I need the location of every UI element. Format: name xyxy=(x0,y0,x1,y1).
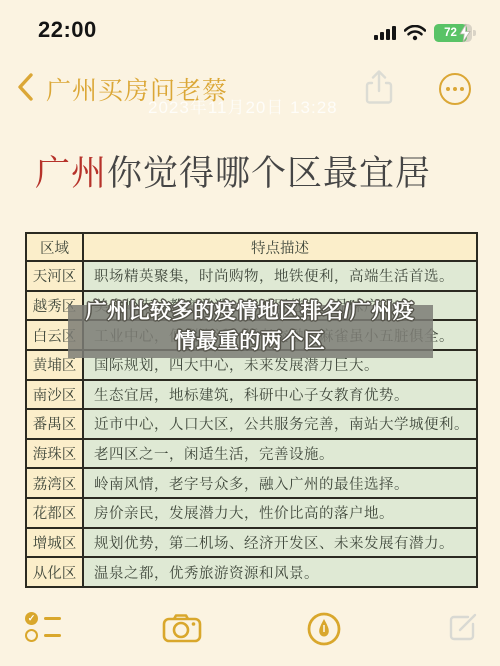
back-icon[interactable] xyxy=(14,72,38,102)
signal-strength-icon xyxy=(374,26,396,40)
caption-overlay-text: 广州比较多的疫情地区排名/广州疫 情最重的两个区 xyxy=(50,297,450,357)
district-cell: 从化区 xyxy=(26,557,83,587)
description-cell: 岭南风情，老字号众多，融入广州的最佳选择。 xyxy=(83,468,477,498)
compose-icon[interactable] xyxy=(447,612,478,643)
table-row: 番禺区近市中心，人口大区，公共服务完善，南站大学城便利。 xyxy=(26,409,477,439)
district-cell: 南沙区 xyxy=(26,380,83,410)
share-icon[interactable] xyxy=(363,69,395,107)
bottom-toolbar: ✓ xyxy=(0,606,500,666)
description-cell: 温泉之都，优秀旅游资源和风景。 xyxy=(83,557,477,587)
district-cell: 花都区 xyxy=(26,498,83,528)
district-cell: 海珠区 xyxy=(26,439,83,469)
battery-icon: 72 xyxy=(434,24,474,42)
district-feature-table: 区域 特点描述 天河区职场精英聚集，时尚购物，地铁便利，高端生活首选。 越秀区美… xyxy=(25,232,478,588)
table-row: 南沙区生态宜居，地标建筑，科研中心子女教育优势。 xyxy=(26,380,477,410)
status-icons: 72 xyxy=(374,24,474,42)
nav-bar: 广州买房问老蔡 2023年11月20日 13:28 xyxy=(0,56,500,118)
description-cell: 房价亲民，发展潜力大，性价比高的落户地。 xyxy=(83,498,477,528)
checklist-icon[interactable]: ✓ xyxy=(25,612,61,642)
description-cell: 规划优势，第二机场、经济开发区、未来发展有潜力。 xyxy=(83,528,477,558)
charging-bolt-icon xyxy=(458,23,472,43)
article-title: 广州你觉得哪个区最宜居 xyxy=(35,146,431,196)
table-row: 从化区温泉之都，优秀旅游资源和风景。 xyxy=(26,557,477,587)
status-bar: 22:00 72 xyxy=(0,0,500,56)
caption-line-1: 广州比较多的疫情地区排名/广州疫 xyxy=(50,297,450,327)
header-district: 区域 xyxy=(26,233,83,261)
article-title-highlight: 广州 xyxy=(35,154,107,193)
table-row: 天河区职场精英聚集，时尚购物，地铁便利，高端生活首选。 xyxy=(26,261,477,291)
more-menu-icon[interactable] xyxy=(439,73,471,105)
table-row: 增城区规划优势，第二机场、经济开发区、未来发展有潜力。 xyxy=(26,528,477,558)
district-cell: 荔湾区 xyxy=(26,468,83,498)
description-cell: 老四区之一，闲适生活，完善设施。 xyxy=(83,439,477,469)
description-cell: 近市中心，人口大区，公共服务完善，南站大学城便利。 xyxy=(83,409,477,439)
check-done-icon: ✓ xyxy=(25,612,38,625)
pen-circle-icon[interactable] xyxy=(306,611,342,647)
article-title-rest: 你觉得哪个区最宜居 xyxy=(107,154,431,193)
description-cell: 生态宜居，地标建筑，科研中心子女教育优势。 xyxy=(83,380,477,410)
district-cell: 番禺区 xyxy=(26,409,83,439)
table-row: 花都区房价亲民，发展潜力大，性价比高的落户地。 xyxy=(26,498,477,528)
table-header-row: 区域 特点描述 xyxy=(26,233,477,261)
table-row: 海珠区老四区之一，闲适生活，完善设施。 xyxy=(26,439,477,469)
district-cell: 增城区 xyxy=(26,528,83,558)
table-row: 荔湾区岭南风情，老字号众多，融入广州的最佳选择。 xyxy=(26,468,477,498)
check-todo-icon xyxy=(25,629,38,642)
wifi-icon xyxy=(404,25,426,41)
description-cell: 职场精英聚集，时尚购物，地铁便利，高端生活首选。 xyxy=(83,261,477,291)
status-time: 22:00 xyxy=(38,17,97,43)
district-cell: 天河区 xyxy=(26,261,83,291)
caption-line-2: 情最重的两个区 xyxy=(50,327,450,357)
header-description: 特点描述 xyxy=(83,233,477,261)
camera-icon[interactable] xyxy=(162,613,202,644)
faded-publish-timestamp: 2023年11月20日 13:28 xyxy=(148,93,338,118)
